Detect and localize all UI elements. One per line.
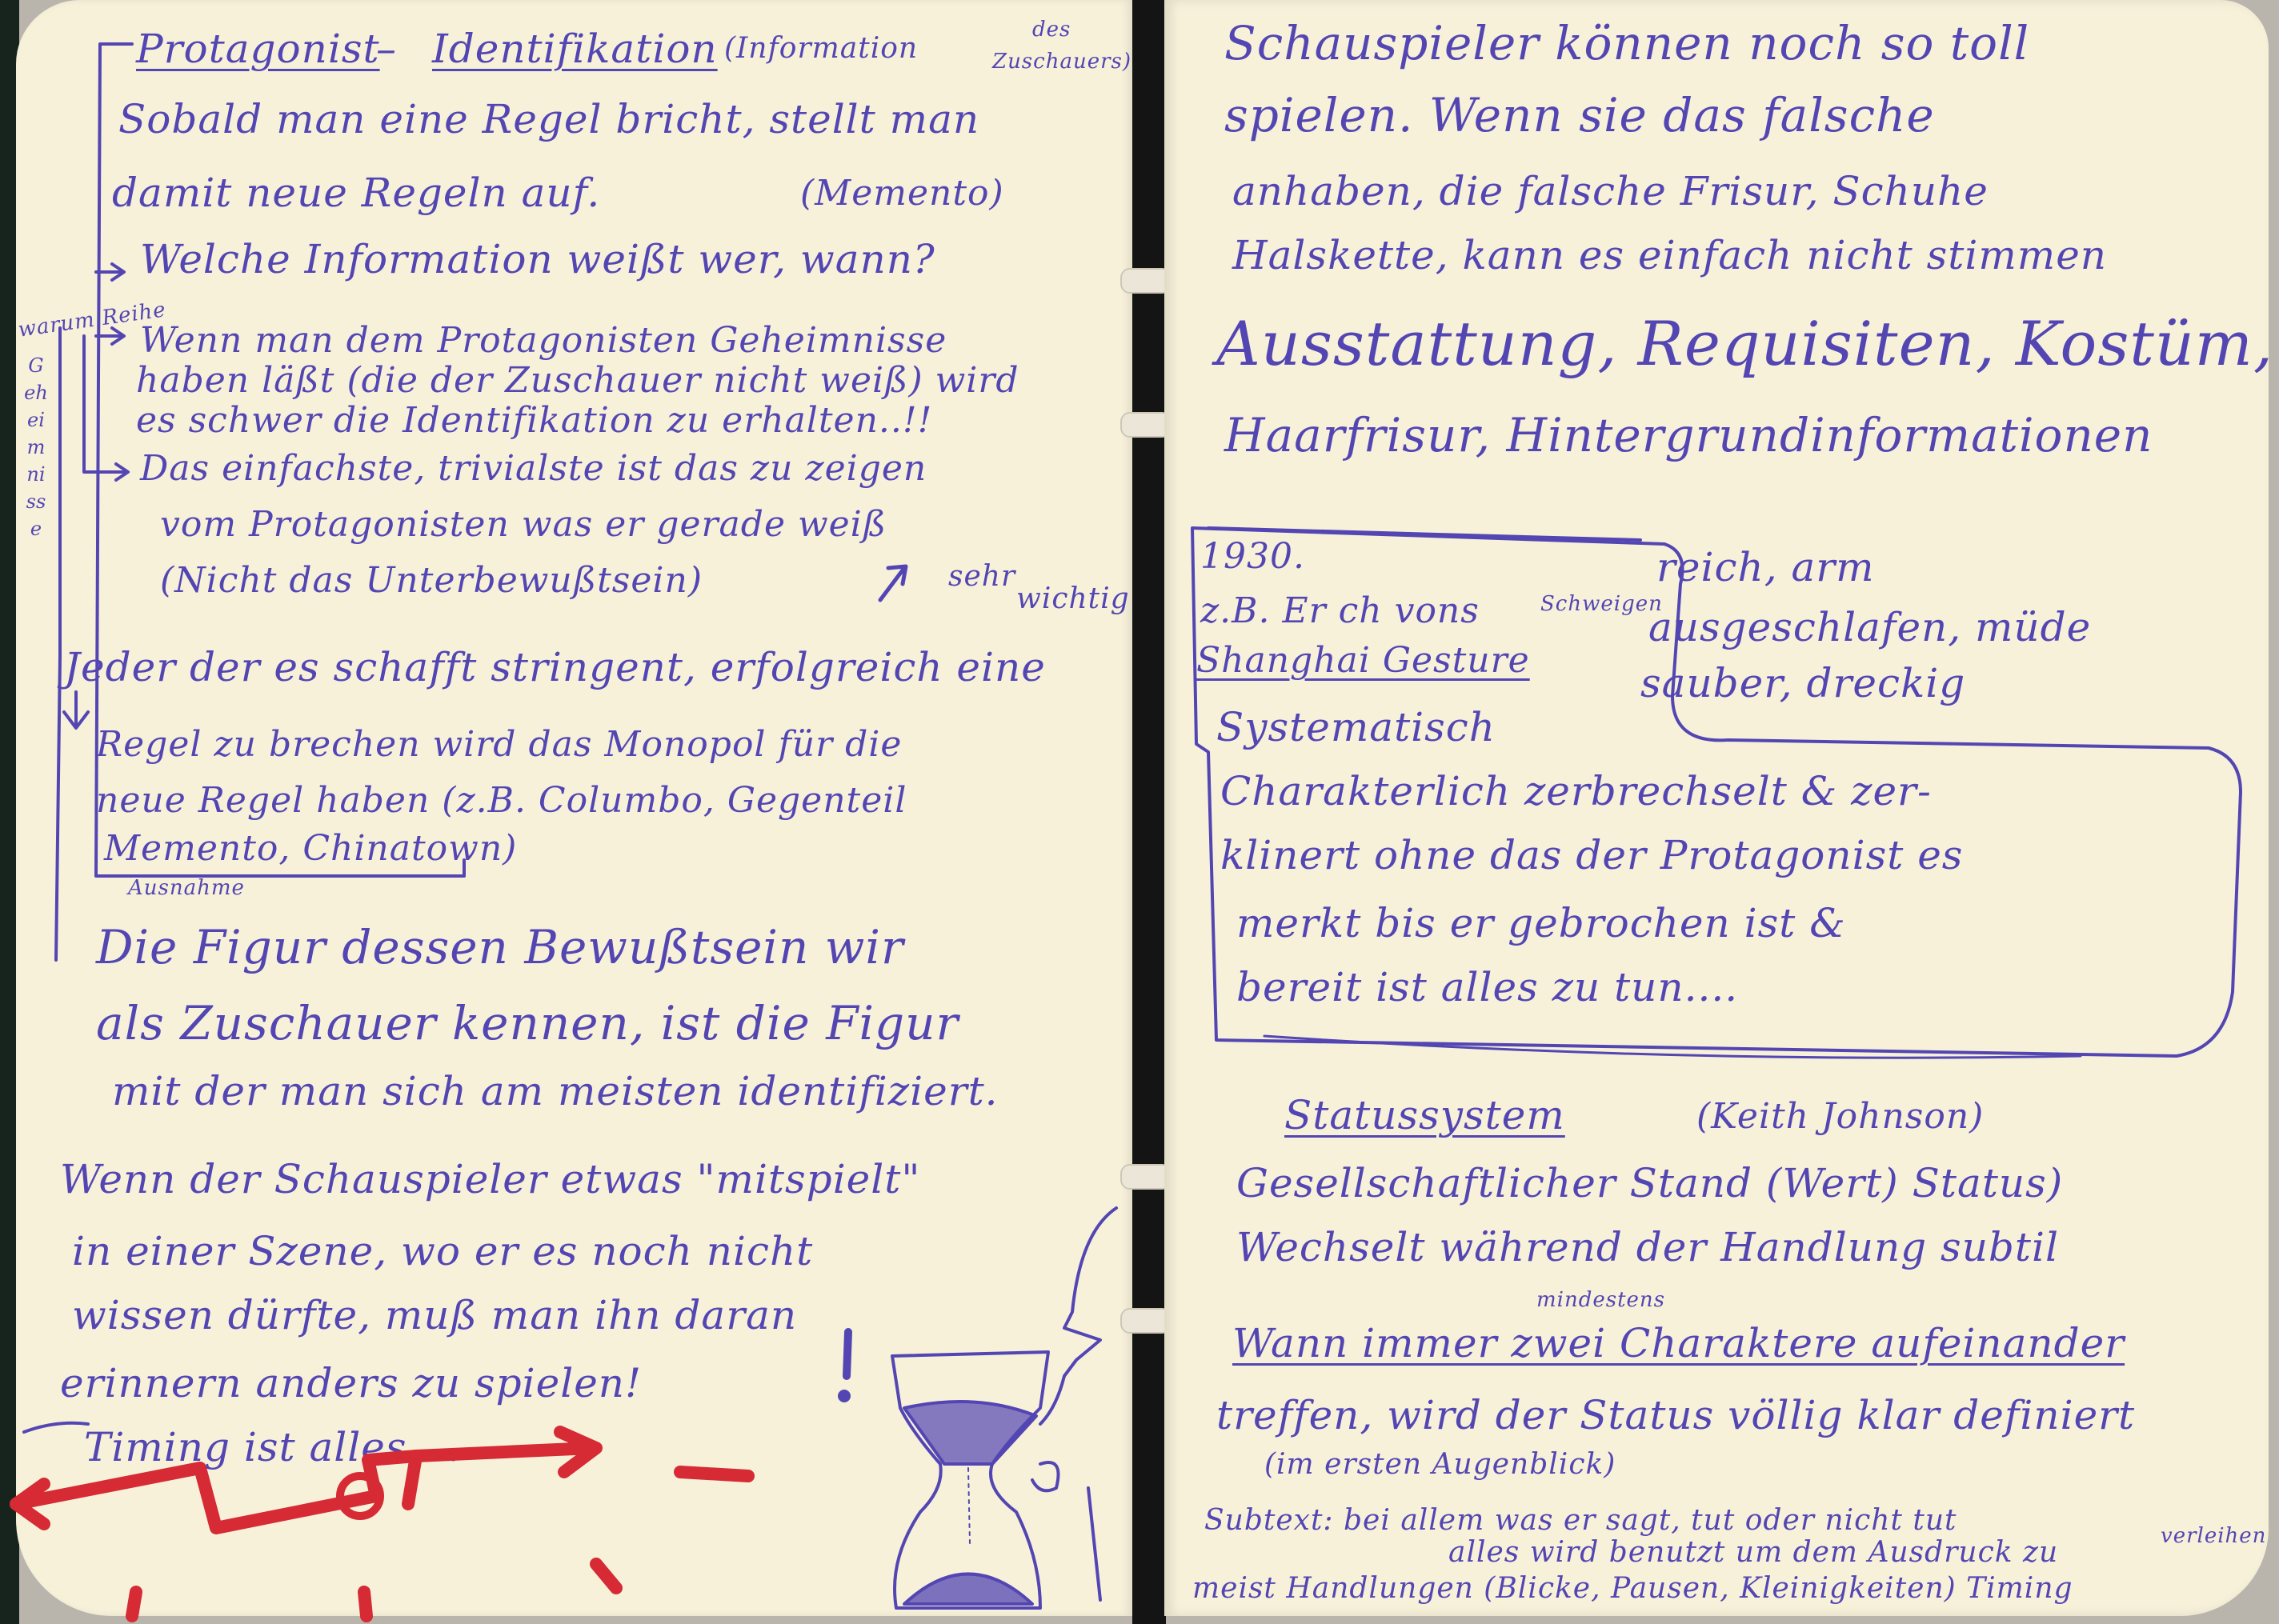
face-profile-icon xyxy=(1040,1208,1116,1424)
hourglass-icon xyxy=(892,1352,1048,1608)
arrow-icon xyxy=(64,692,88,728)
ink-drawings xyxy=(0,0,2279,1624)
bracket-line xyxy=(96,44,464,876)
red-timeline xyxy=(16,1432,748,1616)
arrow-icon xyxy=(84,336,128,480)
arrow-up-icon xyxy=(880,566,906,600)
notebook-spread: Protagonist – Identifikation (Informatio… xyxy=(0,0,2279,1624)
box-outline xyxy=(1192,528,2241,1056)
